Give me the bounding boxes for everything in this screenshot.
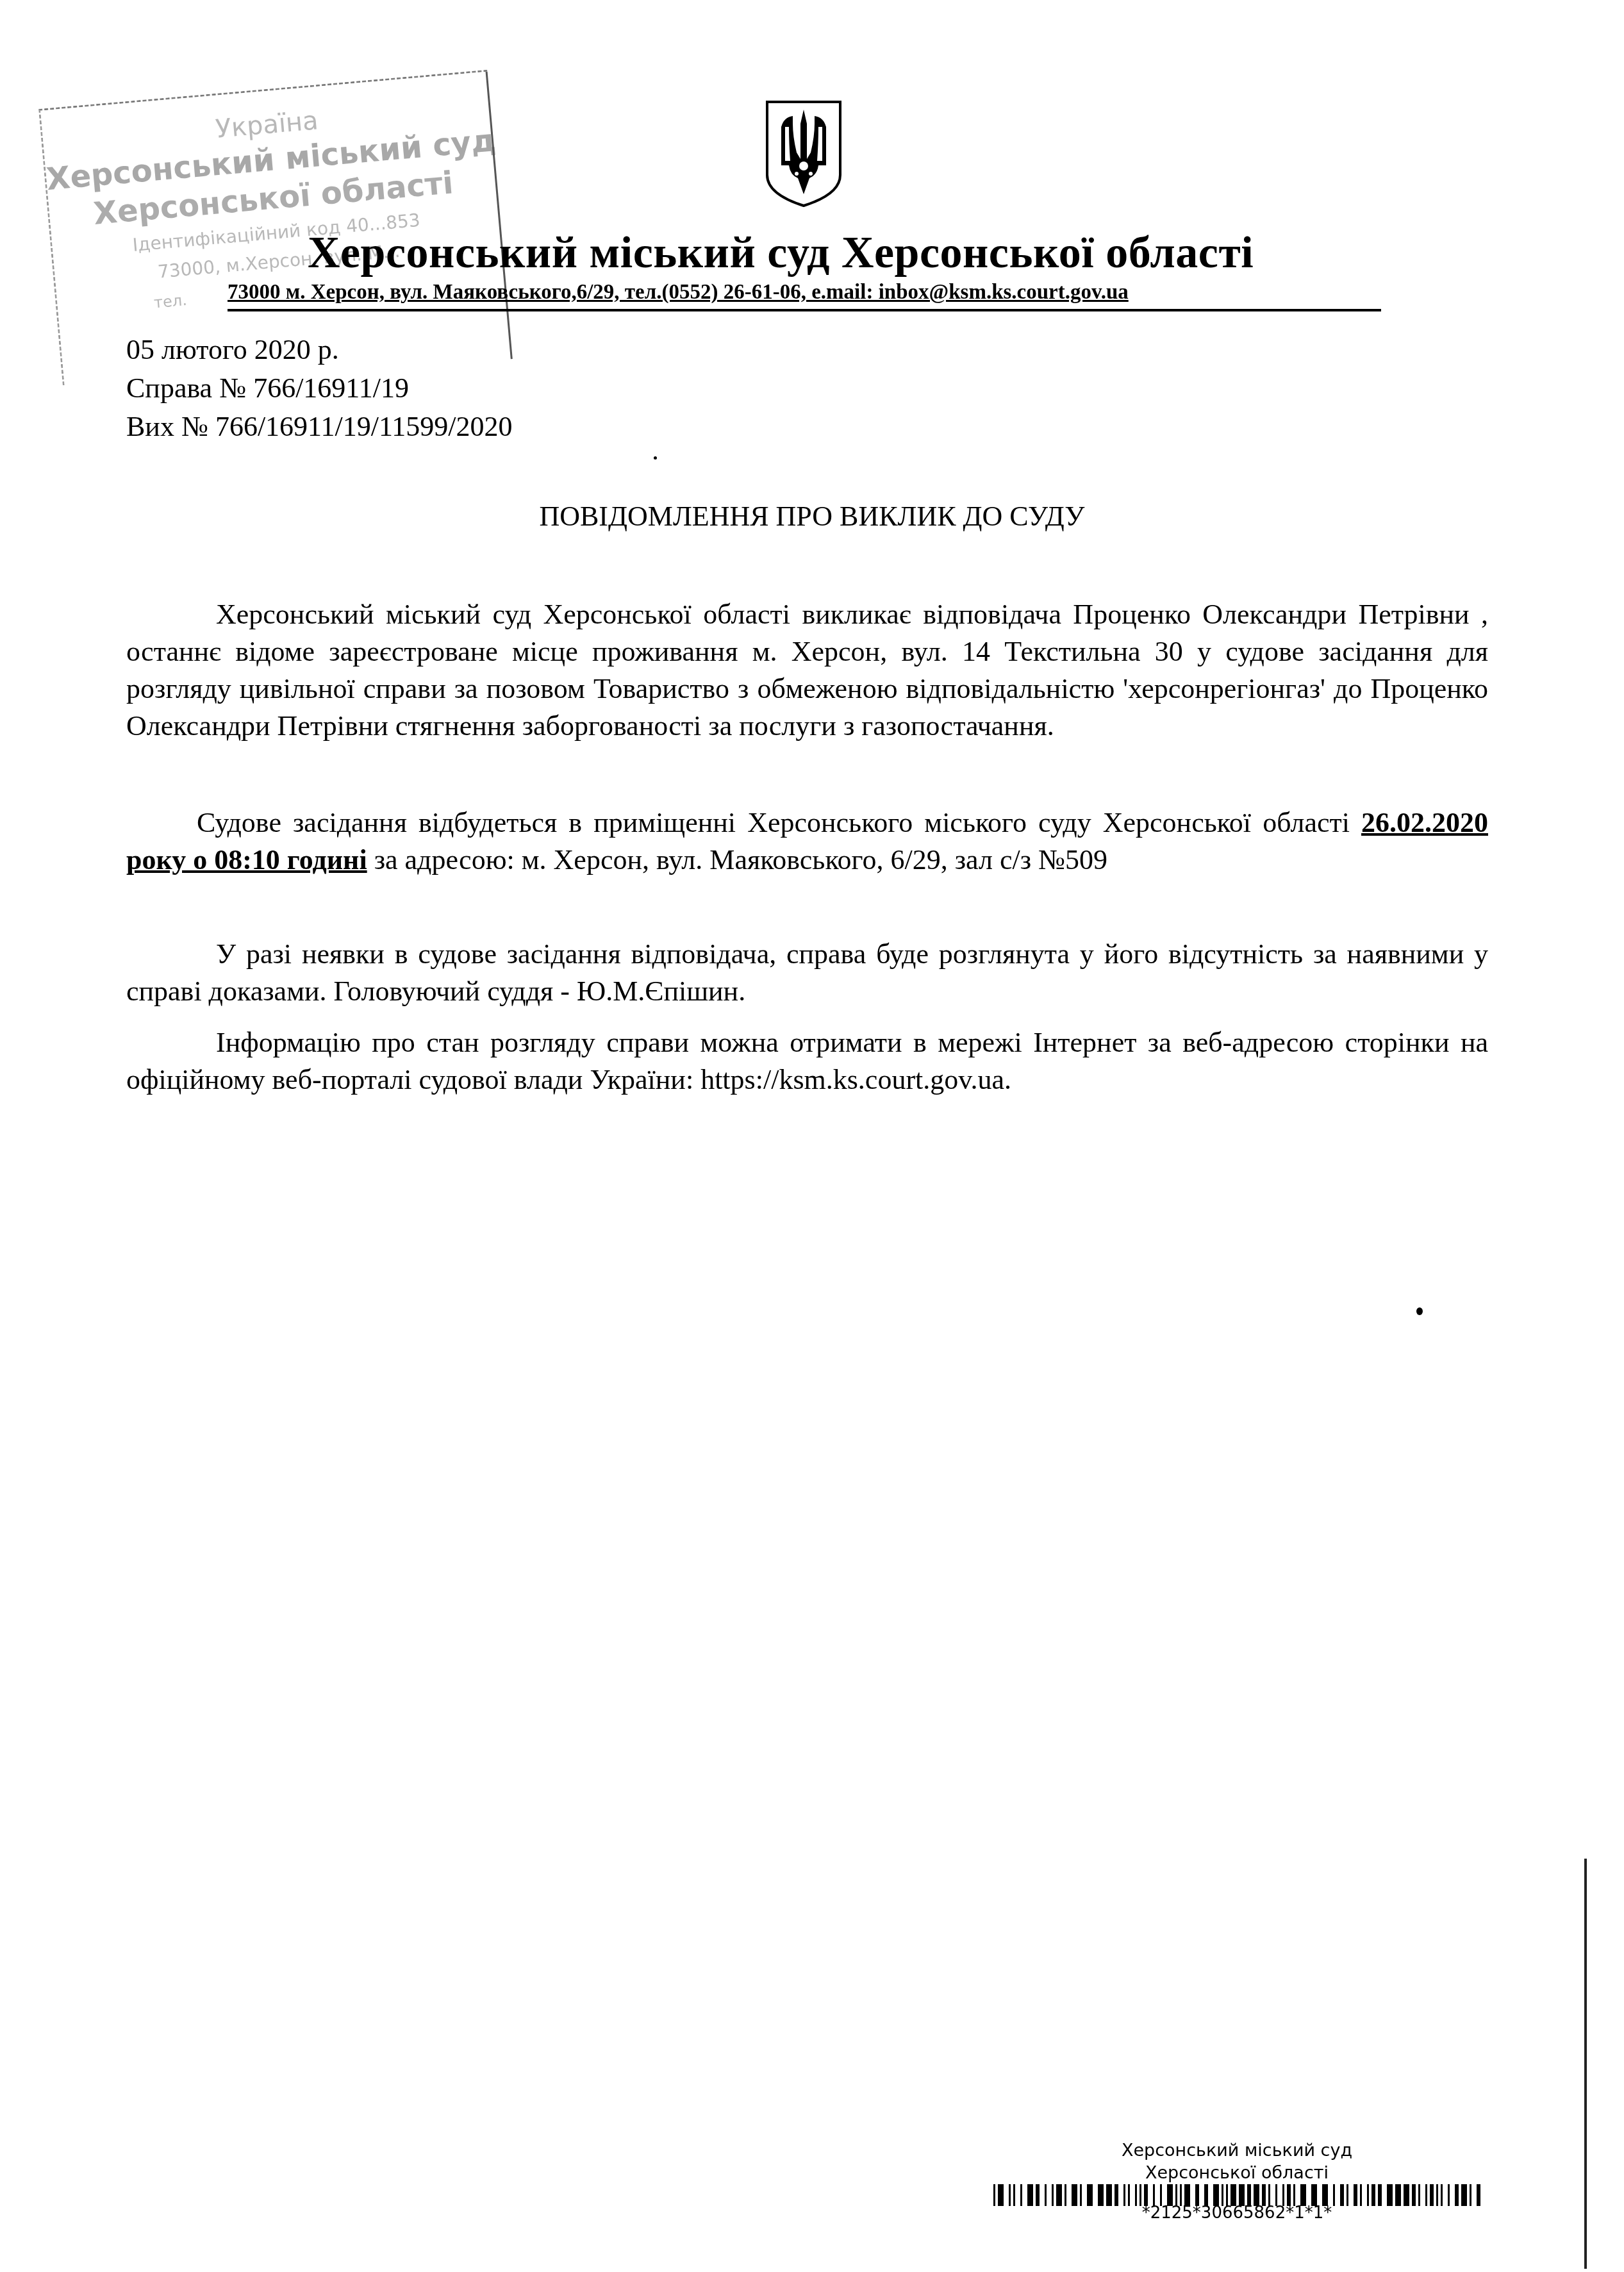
trident-coat-of-arms-icon <box>765 98 843 208</box>
document-date: 05 лютого 2020 р. <box>126 333 339 366</box>
scan-speck <box>1416 1307 1423 1315</box>
absence-text: У разі неявки в судове засідання відпові… <box>126 936 1488 1010</box>
scan-speck <box>654 456 657 460</box>
case-number: Справа № 766/16911/19 <box>126 372 409 404</box>
info-text: Інформацію про стан розгляду справи можн… <box>126 1024 1488 1099</box>
summons-paragraph: Херсонський міський суд Херсонської обла… <box>126 596 1488 745</box>
document-title: ПОВІДОМЛЕННЯ ПРО ВИКЛИК ДО СУДУ <box>0 500 1624 533</box>
barcode-number: *2125*30665862*1*1* <box>993 2203 1480 2219</box>
outgoing-number: Вих № 766/16911/19/11599/2020 <box>126 410 513 443</box>
info-paragraph: Інформацію про стан розгляду справи можн… <box>126 1024 1488 1099</box>
hearing-paragraph: Судове засідання відбудеться в приміщенн… <box>126 804 1488 879</box>
court-name-header: Херсонський міський суд Херсонської обла… <box>308 228 1254 279</box>
absence-paragraph: У разі неявки в судове засідання відпові… <box>126 936 1488 1010</box>
hearing-text-start: Судове засідання відбудеться в приміщенн… <box>197 807 1361 838</box>
court-contact-line: 73000 м. Херсон, вул. Маяковського,6/29,… <box>228 281 1129 304</box>
barcode-caption-line1: Херсонський міський суд <box>993 2141 1480 2160</box>
hearing-text-end: за адресою: м. Херсон, вул. Маяковського… <box>367 844 1107 875</box>
barcode-caption-line2: Херсонської області <box>993 2163 1480 2183</box>
scan-edge <box>1584 1859 1587 2269</box>
summons-text: Херсонський міський суд Херсонської обла… <box>126 596 1488 745</box>
header-divider <box>228 309 1381 311</box>
barcode <box>993 2184 1480 2206</box>
